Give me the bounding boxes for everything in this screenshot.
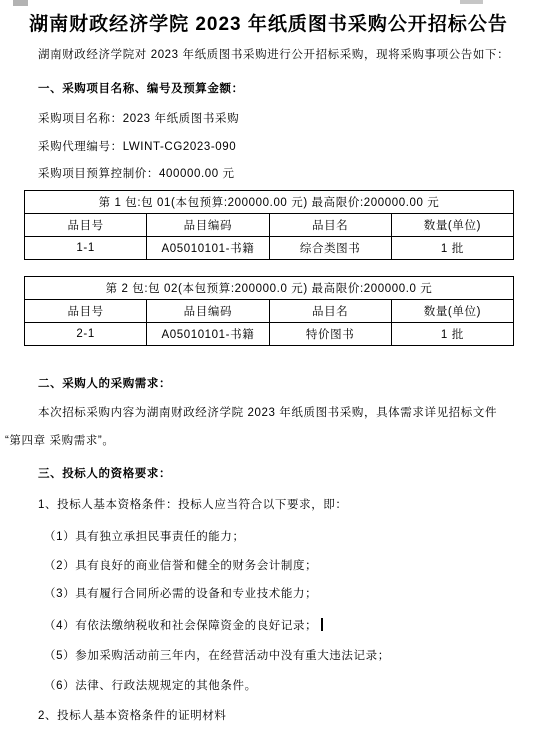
table-row: 2-1 A05010101-书籍 特价图书 1 批	[25, 323, 514, 346]
section2-heading: 二、采购人的采购需求：	[38, 377, 171, 391]
cell-item-code: A05010101-书籍	[147, 237, 269, 260]
qualification-subitem-4: （4）有依法缴纳税收和社会保障资金的良好记录；	[44, 618, 323, 633]
cell-item-code: A05010101-书籍	[147, 323, 269, 346]
agency-code-line: 采购代理编号：LWINT-CG2023-090	[38, 140, 236, 154]
cell-item-name: 特价图书	[269, 323, 391, 346]
table-header-row: 品目号 品目编码 品目名 数量(单位)	[25, 214, 514, 237]
qualification-item1: 1、投标人基本资格条件：投标人应当符合以下要求，即：	[38, 498, 348, 512]
document-page: 湖南财政经济学院 2023 年纸质图书采购公开招标公告 湖南财政经济学院对 20…	[0, 0, 537, 740]
qualification-subitem-4-text: （4）有依法缴纳税收和社会保障资金的良好记录；	[44, 620, 317, 632]
text-cursor	[321, 618, 323, 631]
col-header-item-name: 品目名	[269, 214, 391, 237]
section3-heading: 三、投标人的资格要求：	[38, 467, 171, 481]
package1-table: 第 1 包:包 01(本包预算:200000.00 元) 最高限价:200000…	[24, 190, 514, 260]
intro-paragraph: 湖南财政经济学院对 2023 年纸质图书采购进行公开招标采购，现将采购事项公告如…	[38, 48, 509, 62]
table-row: 1-1 A05010101-书籍 综合类图书 1 批	[25, 237, 514, 260]
cell-item-no: 1-1	[25, 237, 147, 260]
cell-item-no: 2-1	[25, 323, 147, 346]
col-header-item-no: 品目号	[25, 300, 147, 323]
qualification-subitem-6: （6）法律、行政法规规定的其他条件。	[44, 679, 257, 693]
col-header-quantity: 数量(单位)	[391, 214, 513, 237]
qualification-subitem-1: （1）具有独立承担民事责任的能力；	[44, 530, 245, 544]
package2-table: 第 2 包:包 02(本包预算:200000.0 元) 最高限价:200000.…	[24, 276, 514, 346]
col-header-item-no: 品目号	[25, 214, 147, 237]
qualification-subitem-2: （2）具有良好的商业信誉和健全的财务会计制度；	[44, 559, 317, 573]
table-header-row: 品目号 品目编码 品目名 数量(单位)	[25, 300, 514, 323]
document-title: 湖南财政经济学院 2023 年纸质图书采购公开招标公告	[0, 9, 537, 36]
cell-quantity: 1 批	[391, 323, 513, 346]
cell-item-name: 综合类图书	[269, 237, 391, 260]
qualification-subitem-5: （5）参加采购活动前三年内，在经营活动中没有重大违法记录；	[44, 649, 390, 663]
project-name-line: 采购项目名称：2023 年纸质图书采购	[38, 112, 239, 126]
col-header-item-code: 品目编码	[147, 300, 269, 323]
section1-heading: 一、采购项目名称、编号及预算金额：	[38, 82, 244, 96]
table-caption-row: 第 2 包:包 02(本包预算:200000.0 元) 最高限价:200000.…	[25, 277, 514, 300]
qualification-item2: 2、投标人基本资格条件的证明材料	[38, 709, 227, 723]
section2-paragraph-line1: 本次招标采购内容为湖南财政经济学院 2023 年纸质图书采购，具体需求详见招标文…	[38, 406, 497, 420]
cell-quantity: 1 批	[391, 237, 513, 260]
qualification-subitem-3: （3）具有履行合同所必需的设备和专业技术能力；	[44, 587, 317, 601]
page-margin-mark-left	[13, 0, 28, 6]
package2-caption: 第 2 包:包 02(本包预算:200000.0 元) 最高限价:200000.…	[25, 277, 514, 300]
col-header-item-name: 品目名	[269, 300, 391, 323]
col-header-quantity: 数量(单位)	[391, 300, 513, 323]
page-margin-mark-right	[460, 0, 483, 4]
section2-paragraph-line2: “第四章 采购需求”。	[5, 434, 114, 448]
budget-line: 采购项目预算控制价：400000.00 元	[38, 167, 235, 181]
table-caption-row: 第 1 包:包 01(本包预算:200000.00 元) 最高限价:200000…	[25, 191, 514, 214]
col-header-item-code: 品目编码	[147, 214, 269, 237]
package1-caption: 第 1 包:包 01(本包预算:200000.00 元) 最高限价:200000…	[25, 191, 514, 214]
